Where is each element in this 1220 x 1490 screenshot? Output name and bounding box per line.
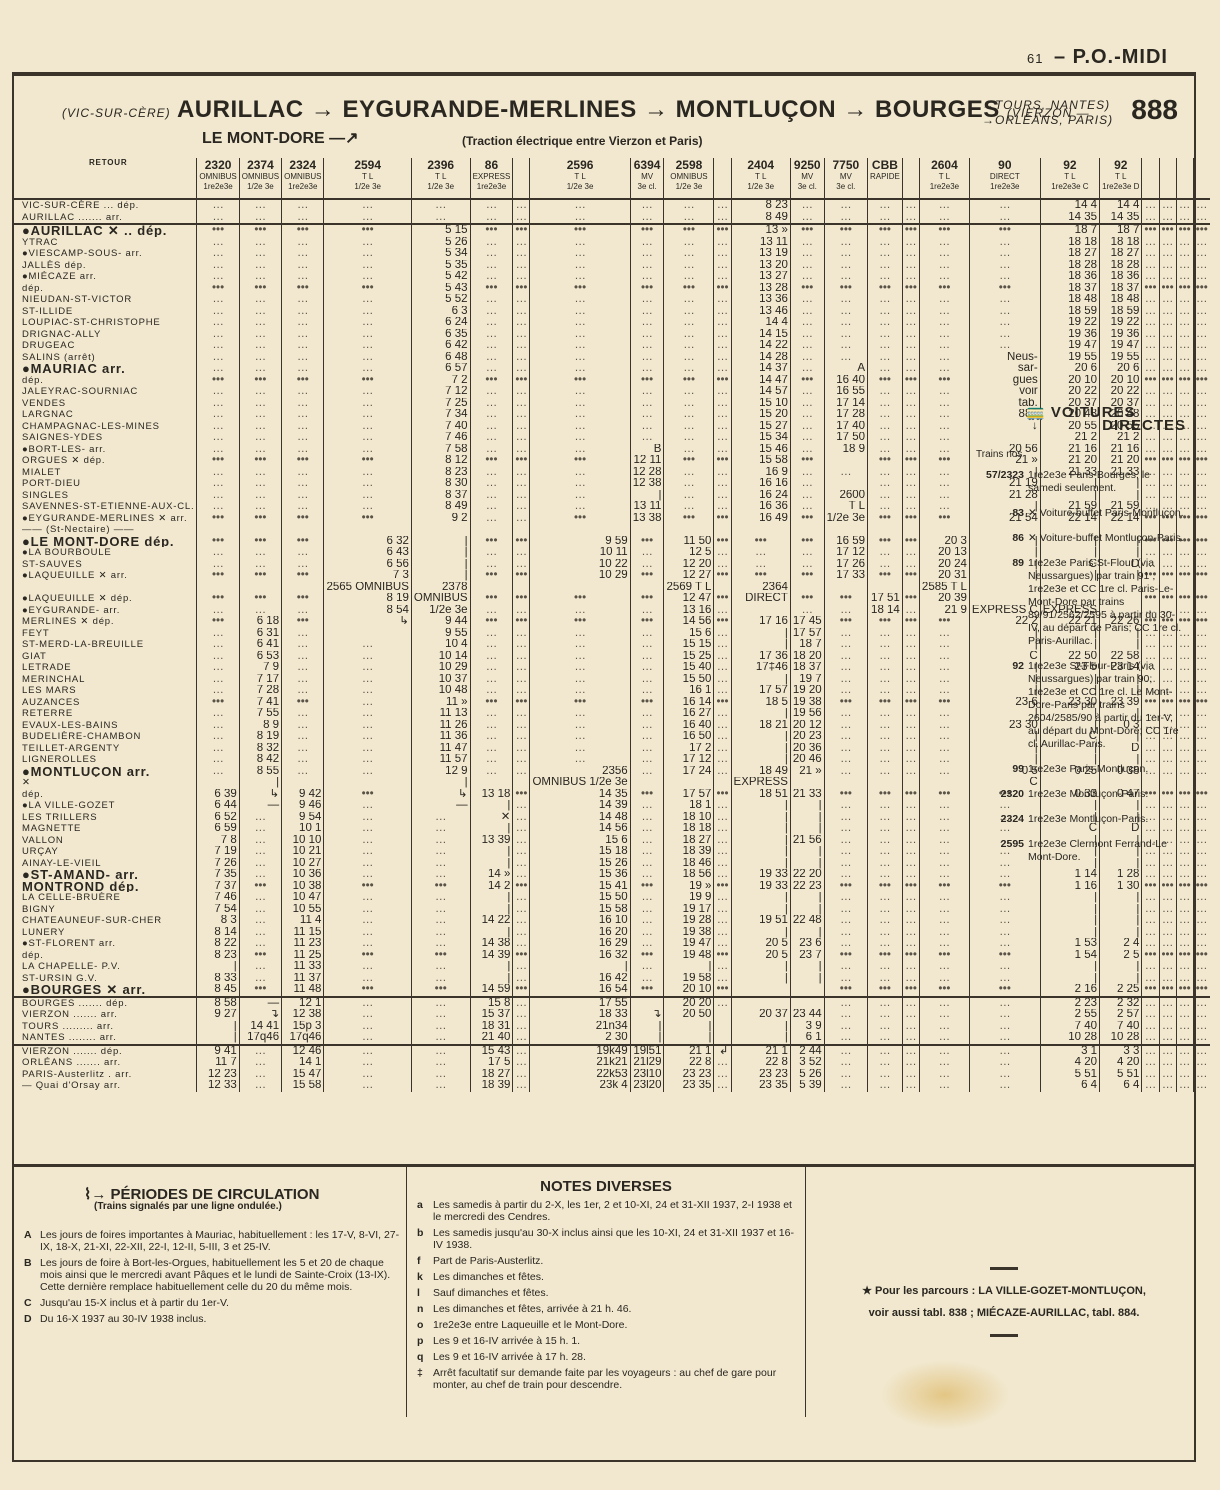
time-cell: 20 50 — [664, 1009, 714, 1021]
train-number: 2596 — [532, 158, 627, 172]
station-name: MERINCHAL — [14, 674, 197, 686]
time-cell: … — [1142, 294, 1159, 306]
time-cell: … — [790, 352, 824, 364]
time-cell: ••• — [239, 224, 281, 237]
time-cell: 1 53 — [1040, 938, 1099, 950]
time-cell: … — [324, 708, 411, 720]
time-cell: Neus- — [969, 352, 1040, 364]
time-cell: … — [239, 352, 281, 364]
time-cell: 12 27 — [664, 570, 714, 582]
time-cell: … — [470, 547, 513, 559]
time-cell: 2 25 — [1100, 984, 1142, 997]
train-class: 1/2e 3e — [734, 182, 788, 192]
note-text: Les samedis jusqu'au 30-X inclus ainsi q… — [433, 1227, 795, 1251]
station-name: ✕ — [14, 777, 197, 789]
time-cell: | — [470, 800, 513, 812]
time-cell: … — [324, 697, 411, 709]
time-cell: … — [1142, 1069, 1159, 1081]
time-cell: 21 40 — [470, 1032, 513, 1045]
time-cell: … — [868, 628, 903, 640]
time-cell: | — [1100, 927, 1142, 939]
time-cell: … — [324, 800, 411, 812]
note-item: aLes samedis à partir du 2-X, les 1er, 2… — [417, 1199, 795, 1223]
time-cell: ••• — [790, 570, 824, 582]
time-cell: | — [731, 708, 790, 720]
time-cell: 9 27 — [197, 1009, 239, 1021]
time-cell: ••• — [630, 224, 664, 237]
time-cell: … — [1142, 306, 1159, 318]
time-cell: ••• — [790, 455, 824, 467]
note-text: 1re2e3e Clermont Ferrand-Le Mont-Dore. — [1028, 838, 1186, 864]
time-cell: … — [902, 973, 919, 985]
time-cell: … — [470, 605, 513, 617]
train-column-header — [1142, 158, 1159, 199]
time-cell: 8 58 — [197, 997, 239, 1010]
time-cell: 19 33 — [731, 881, 790, 893]
time-cell: … — [530, 501, 630, 513]
time-cell: … — [530, 237, 630, 249]
time-cell: 1/2e 3e — [411, 605, 470, 617]
time-cell: … — [630, 352, 664, 364]
time-cell: 15 6 — [664, 628, 714, 640]
time-cell: … — [513, 973, 530, 985]
time-cell: … — [969, 1057, 1040, 1069]
time-cell: … — [919, 961, 969, 973]
time-cell: 14 38 — [470, 938, 513, 950]
voitures-title: 🚃 VOITURES DIRECTES — [1026, 406, 1186, 432]
time-cell: … — [1193, 731, 1210, 743]
time-cell: 7 37 — [197, 881, 239, 893]
time-cell: … — [282, 685, 324, 697]
time-cell: … — [919, 501, 969, 513]
train-class: 1/2e 3e — [666, 182, 711, 192]
station-name: NANTES ........ arr. — [14, 1032, 197, 1045]
time-cell: 20 20 — [664, 997, 714, 1010]
time-cell: … — [239, 398, 281, 410]
time-cell: … — [1193, 478, 1210, 490]
time-cell: | — [790, 812, 824, 824]
time-cell — [470, 582, 513, 594]
time-cell: … — [1193, 662, 1210, 674]
time-cell: 17 12 — [824, 547, 867, 559]
time-cell: 15 58 — [282, 1080, 324, 1092]
time-cell: … — [902, 444, 919, 456]
time-cell: 18 7 — [1040, 224, 1099, 237]
timetable-row: LA CELLE-BRUÈRE7 46…10 47……|…15 50…19 9…… — [14, 892, 1210, 904]
time-cell: … — [902, 1080, 919, 1092]
time-cell: ••• — [902, 570, 919, 582]
station-name: YTRAC — [14, 237, 197, 249]
timetable-row: LA CHAPELLE- P.V.|…11 33……|…|…|…||……………|… — [14, 961, 1210, 973]
time-cell: … — [868, 386, 903, 398]
time-cell: 14 47 — [731, 375, 790, 387]
time-cell: … — [239, 605, 281, 617]
time-cell: … — [470, 199, 513, 212]
time-cell: … — [824, 904, 867, 916]
note-item: 23241re2e3e Montluçon-Paris. — [976, 813, 1186, 826]
time-cell: ••• — [824, 224, 867, 237]
time-cell — [664, 777, 714, 789]
time-cell: … — [411, 212, 470, 225]
notes-diverses: NOTES DIVERSES aLes samedis à partir du … — [406, 1167, 806, 1417]
time-cell: 12 20 — [664, 559, 714, 571]
time-cell: … — [919, 199, 969, 212]
time-cell: … — [1193, 812, 1210, 824]
time-cell: … — [868, 869, 903, 881]
time-cell: 15 18 — [530, 846, 630, 858]
time-cell: 11 15 — [282, 927, 324, 939]
time-cell: … — [714, 904, 731, 916]
time-cell: … — [630, 800, 664, 812]
time-cell: … — [324, 766, 411, 778]
time-cell: … — [731, 547, 790, 559]
time-cell: … — [630, 915, 664, 927]
time-cell: 18 7 — [790, 639, 824, 651]
time-cell: ••• — [902, 593, 919, 605]
time-cell: … — [1176, 997, 1193, 1010]
time-cell: sar- — [969, 363, 1040, 375]
time-cell: 23 23 — [664, 1069, 714, 1081]
time-cell: … — [969, 1021, 1040, 1033]
time-cell: … — [282, 708, 324, 720]
time-cell: … — [714, 628, 731, 640]
time-cell — [731, 605, 790, 617]
time-cell: … — [902, 639, 919, 651]
time-cell: … — [197, 662, 239, 674]
time-cell: … — [282, 306, 324, 318]
time-cell: … — [239, 961, 281, 973]
train-class: 1/2e 3e — [532, 182, 627, 192]
time-cell: … — [1193, 628, 1210, 640]
time-cell: … — [324, 490, 411, 502]
time-cell: ••• — [282, 593, 324, 605]
time-cell: 7 40 — [411, 421, 470, 433]
note-text: Les jours de foires importantes à Mauria… — [40, 1229, 404, 1253]
time-cell: | — [731, 927, 790, 939]
time-cell: 15 50 — [664, 674, 714, 686]
time-cell: … — [324, 248, 411, 260]
time-cell: 2 16 — [1040, 984, 1099, 997]
time-cell: ••• — [513, 283, 530, 295]
station-name: MONTROND dép. — [14, 881, 197, 893]
time-cell: ••• — [714, 570, 731, 582]
station-name: JALLÈS dép. — [14, 260, 197, 272]
time-cell: 12 47 — [664, 593, 714, 605]
time-cell: ••• — [790, 593, 824, 605]
time-cell: … — [239, 869, 281, 881]
time-cell: 8 30 — [411, 478, 470, 490]
time-cell: 16 49 — [731, 513, 790, 525]
time-cell: … — [902, 467, 919, 479]
dest-branch-paris: →ORLÉANS, PARIS) — [982, 113, 1113, 128]
time-cell: … — [513, 927, 530, 939]
time-cell: … — [197, 306, 239, 318]
time-cell: 13 » — [731, 224, 790, 237]
time-cell: … — [902, 927, 919, 939]
train-type: T L — [1102, 172, 1139, 182]
time-cell: … — [197, 674, 239, 686]
train-column-header: 2404T L1/2e 3e — [731, 158, 790, 199]
station-name: ST-MERD-LA-BREUILLE — [14, 639, 197, 651]
time-cell: ••• — [868, 283, 903, 295]
time-cell: ••• — [902, 283, 919, 295]
time-cell: … — [470, 340, 513, 352]
time-cell: 5 39 — [790, 1080, 824, 1092]
time-cell: | — [664, 961, 714, 973]
time-cell: … — [1142, 938, 1159, 950]
time-cell: … — [513, 651, 530, 663]
time-cell: … — [664, 271, 714, 283]
station-name: LES TRILLERS — [14, 812, 197, 824]
time-cell: … — [902, 340, 919, 352]
time-cell: … — [513, 869, 530, 881]
time-cell: ••• — [731, 536, 790, 548]
time-cell: … — [902, 846, 919, 858]
time-cell: ••• — [919, 224, 969, 237]
time-cell: … — [714, 306, 731, 318]
time-cell: … — [324, 904, 411, 916]
time-cell: … — [790, 432, 824, 444]
time-cell: ••• — [239, 570, 281, 582]
time-cell: … — [1142, 317, 1159, 329]
time-cell: 20 39 — [919, 593, 969, 605]
time-cell: 19 22 — [1100, 317, 1142, 329]
time-cell: ••• — [868, 950, 903, 962]
time-cell: 14 59 — [470, 984, 513, 997]
time-cell: 20 23 — [790, 731, 824, 743]
time-cell: … — [324, 467, 411, 479]
time-cell: ••• — [790, 536, 824, 548]
time-cell: … — [919, 317, 969, 329]
time-cell: ••• — [868, 616, 903, 628]
train-type: RAPIDE — [870, 172, 900, 182]
time-cell: 13 46 — [731, 306, 790, 318]
star-note: ★ Pour les parcours : LA VILLE-GOZET-MON… — [814, 1257, 1194, 1347]
time-cell: ••• — [513, 789, 530, 801]
time-cell: … — [1193, 432, 1210, 444]
time-cell: 22 8 — [731, 1057, 790, 1069]
time-cell: … — [790, 237, 824, 249]
time-cell: 23 6 — [790, 938, 824, 950]
time-cell: ••• — [902, 536, 919, 548]
time-cell: ••• — [470, 697, 513, 709]
time-cell: … — [630, 306, 664, 318]
time-cell: | — [1040, 927, 1099, 939]
time-cell: … — [239, 248, 281, 260]
time-cell: … — [714, 340, 731, 352]
time-cell: ••• — [470, 283, 513, 295]
time-cell: 8 23 — [197, 950, 239, 962]
time-cell: … — [630, 248, 664, 260]
time-cell: … — [630, 559, 664, 571]
time-cell: … — [239, 237, 281, 249]
time-cell: … — [868, 823, 903, 835]
time-cell: … — [714, 363, 731, 375]
time-cell — [630, 524, 664, 536]
train-column-header: 2596T L1/2e 3e — [530, 158, 630, 199]
time-cell: … — [530, 628, 630, 640]
time-cell: … — [324, 812, 411, 824]
time-cell: ••• — [919, 283, 969, 295]
time-cell: 7 8 — [197, 835, 239, 847]
time-cell: 17 5 — [470, 1057, 513, 1069]
time-cell: … — [919, 651, 969, 663]
station-name: dép. — [14, 375, 197, 387]
time-cell: … — [513, 513, 530, 525]
time-cell: 20 5 — [731, 950, 790, 962]
station-name: VIERZON ....... dép. — [14, 1045, 197, 1058]
time-cell: … — [1193, 858, 1210, 870]
note-text: Sauf dimanches et fêtes. — [433, 1287, 549, 1299]
timetable-row: YTRAC…………5 26………………13 11………………18 1818 18… — [14, 237, 1210, 249]
station-name: URÇAY — [14, 846, 197, 858]
time-cell: … — [1193, 248, 1210, 260]
time-cell: … — [1176, 248, 1193, 260]
time-cell — [1193, 777, 1210, 789]
time-cell: … — [824, 743, 867, 755]
time-cell: 22 8 — [664, 1057, 714, 1069]
train-number: 2320 — [199, 158, 236, 172]
time-cell: … — [411, 846, 470, 858]
time-cell: … — [868, 754, 903, 766]
time-cell: … — [1142, 1080, 1159, 1092]
time-cell: … — [513, 674, 530, 686]
time-cell: … — [824, 199, 867, 212]
time-cell: … — [919, 904, 969, 916]
time-cell: … — [239, 212, 281, 225]
time-cell: … — [324, 743, 411, 755]
time-cell: 16 9 — [731, 467, 790, 479]
time-cell: … — [902, 743, 919, 755]
time-cell: 8 14 — [197, 927, 239, 939]
time-cell: | — [731, 892, 790, 904]
time-cell: … — [239, 858, 281, 870]
time-cell: … — [1159, 329, 1176, 341]
time-cell: … — [902, 961, 919, 973]
time-cell: | — [1040, 892, 1099, 904]
time-cell: ••• — [530, 593, 630, 605]
time-cell: 15p 3 — [282, 1021, 324, 1033]
time-cell: 15 8 — [470, 997, 513, 1010]
timetable-row: ST-URSIN G.V.8 33…11 37……|…16 42…19 58…|… — [14, 973, 1210, 985]
time-cell: … — [1142, 1009, 1159, 1021]
time-cell: … — [411, 1021, 470, 1033]
time-cell: … — [513, 708, 530, 720]
time-cell: … — [197, 685, 239, 697]
time-cell: 15 37 — [470, 1009, 513, 1021]
station-name: ●MONTLUÇON arr. — [14, 766, 197, 778]
time-cell — [714, 1032, 731, 1045]
time-cell: … — [714, 766, 731, 778]
time-cell: 15 27 — [731, 421, 790, 433]
time-cell: | — [470, 961, 513, 973]
time-cell: … — [919, 997, 969, 1010]
time-cell: ↴ — [630, 1009, 664, 1021]
time-cell: 2585 T L — [919, 582, 969, 594]
time-cell: ••• — [324, 881, 411, 893]
time-cell: ••• — [902, 881, 919, 893]
station-name: ●BORT-LES- arr. — [14, 444, 197, 456]
time-cell: … — [630, 720, 664, 732]
time-cell: ••• — [1176, 283, 1193, 295]
time-cell: … — [919, 858, 969, 870]
time-cell: … — [919, 340, 969, 352]
time-cell: ••• — [411, 950, 470, 962]
time-cell: … — [868, 363, 903, 375]
station-name: AURILLAC ....... arr. — [14, 212, 197, 225]
time-cell: 12 38 — [630, 478, 664, 490]
time-cell: … — [470, 651, 513, 663]
time-cell: ••• — [919, 375, 969, 387]
time-cell: … — [324, 731, 411, 743]
station-name: ●MAURIAC arr. — [14, 363, 197, 375]
time-cell: ••• — [1159, 283, 1176, 295]
time-cell: … — [902, 398, 919, 410]
time-cell: … — [868, 294, 903, 306]
time-cell: 2 44 — [790, 1045, 824, 1058]
train-type: T L — [1043, 172, 1097, 182]
time-cell: ••• — [513, 950, 530, 962]
time-cell: … — [282, 199, 324, 212]
station-name: AINAY-LE-VIEIL — [14, 858, 197, 870]
train-number: 2396 — [414, 158, 468, 172]
time-cell: … — [902, 812, 919, 824]
time-cell: 16 1 — [664, 685, 714, 697]
time-cell: … — [1159, 892, 1176, 904]
time-cell: … — [1142, 260, 1159, 272]
time-cell: … — [197, 490, 239, 502]
time-cell: … — [530, 421, 630, 433]
timetable-row: ORLÉANS ....... arr.11 7…14 1……17 5…21k2… — [14, 1057, 1210, 1069]
time-cell: … — [1193, 294, 1210, 306]
time-cell: … — [868, 766, 903, 778]
time-cell: 20 6 — [1040, 363, 1099, 375]
time-cell: 17 33 — [824, 570, 867, 582]
time-cell — [714, 777, 731, 789]
time-cell: 11 48 — [282, 984, 324, 997]
time-cell: … — [282, 432, 324, 444]
time-cell: … — [868, 432, 903, 444]
time-cell: … — [1142, 352, 1159, 364]
time-cell: … — [1193, 409, 1210, 421]
time-cell: … — [902, 386, 919, 398]
note-item: 921re2e3e St-Flour-Paris (via Neussargue… — [976, 660, 1186, 751]
time-cell: … — [239, 846, 281, 858]
time-cell: … — [1193, 398, 1210, 410]
time-cell: … — [630, 846, 664, 858]
timetable-row: NIEUDAN-ST-VICTOR…………5 52………………13 36…………… — [14, 294, 1210, 306]
train-column-header — [513, 158, 530, 199]
time-cell: 14 1 — [282, 1057, 324, 1069]
time-cell: … — [1193, 306, 1210, 318]
station-name: —— (St-Nectaire) —— — [14, 524, 197, 536]
time-cell: … — [197, 444, 239, 456]
time-cell: … — [239, 329, 281, 341]
time-cell: … — [868, 1069, 903, 1081]
time-cell: — — [239, 997, 281, 1010]
time-cell: 21 1 — [664, 1045, 714, 1058]
time-cell: … — [630, 662, 664, 674]
time-cell: … — [470, 271, 513, 283]
time-cell: 20 5 — [731, 938, 790, 950]
time-cell: … — [282, 317, 324, 329]
star-note-line1: ★ Pour les parcours : LA VILLE-GOZET-MON… — [814, 1280, 1194, 1302]
timetable-row: JALEYRAC-SOURNIAC…………7 12………………14 57…16 … — [14, 386, 1210, 398]
time-cell: ••• — [324, 455, 411, 467]
time-cell: … — [530, 363, 630, 375]
notes-title: NOTES DIVERSES — [417, 1181, 795, 1193]
time-cell: 14 35 — [530, 789, 630, 801]
